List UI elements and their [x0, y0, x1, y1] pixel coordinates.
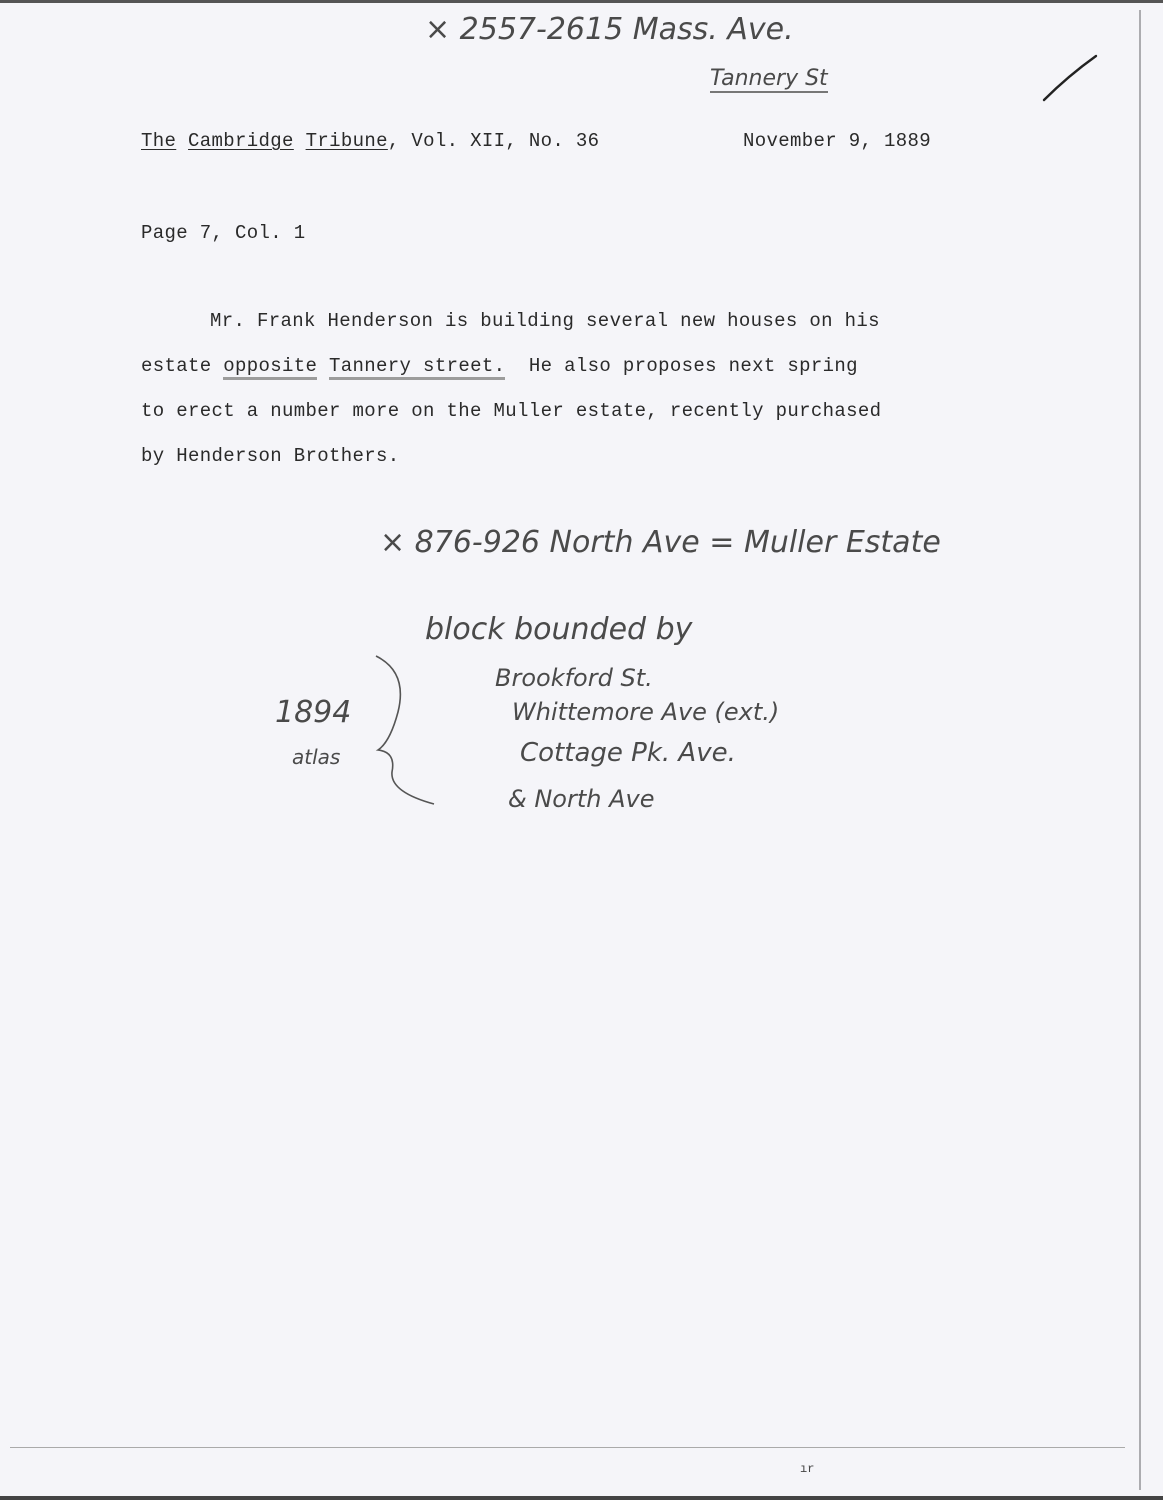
- street-north-ave: & North Ave: [508, 785, 654, 813]
- line2-pre: estate: [141, 355, 223, 377]
- brace-mark: [368, 652, 438, 807]
- publication-the: The: [141, 130, 176, 152]
- annotation-atlas-year: 1894: [275, 695, 351, 730]
- body-line-1: Mr. Frank Henderson is building several …: [210, 310, 880, 332]
- publication-cambridge: Cambridge: [188, 130, 294, 152]
- annotation-muller-estate: × 876-926 North Ave = Muller Estate: [380, 525, 941, 560]
- body-line-4: by Henderson Brothers.: [141, 445, 400, 467]
- margin-rule: [1139, 10, 1141, 1490]
- underlined-tannery-street: Tannery street.: [329, 355, 505, 380]
- annotation-block-heading: block bounded by: [425, 612, 692, 647]
- publication-tribune: Tribune: [306, 130, 388, 152]
- street-cottage-park: Cottage Pk. Ave.: [520, 738, 736, 768]
- body-line-3: to erect a number more on the Muller est…: [141, 400, 881, 422]
- underlined-opposite: opposite: [223, 355, 317, 380]
- citation-line: The Cambridge Tribune, Vol. XII, No. 36: [141, 130, 599, 152]
- page-column: Page 7, Col. 1: [141, 222, 306, 244]
- footer-rule: [10, 1447, 1125, 1448]
- scan-bottom-edge: [0, 1496, 1163, 1500]
- document-page: × 2557-2615 Mass. Ave. Tannery St The Ca…: [0, 0, 1163, 1500]
- street-whittemore: Whittemore Ave (ext.): [512, 698, 779, 726]
- line2-mid: [317, 355, 329, 377]
- annotation-atlas-label: atlas: [292, 745, 340, 769]
- footer-mark: ır: [800, 1462, 814, 1476]
- pencil-slash-mark: [1040, 52, 1100, 104]
- annotation-tannery-st: Tannery St: [710, 66, 828, 93]
- body-line-2: estate opposite Tannery street. He also …: [141, 355, 858, 377]
- scan-top-edge: [0, 0, 1163, 3]
- line2-post: He also proposes next spring: [505, 355, 858, 377]
- publication-date: November 9, 1889: [743, 130, 931, 152]
- volume-number: , Vol. XII, No. 36: [388, 130, 600, 152]
- street-brookford: Brookford St.: [495, 664, 653, 692]
- annotation-address: × 2557-2615 Mass. Ave.: [425, 12, 794, 47]
